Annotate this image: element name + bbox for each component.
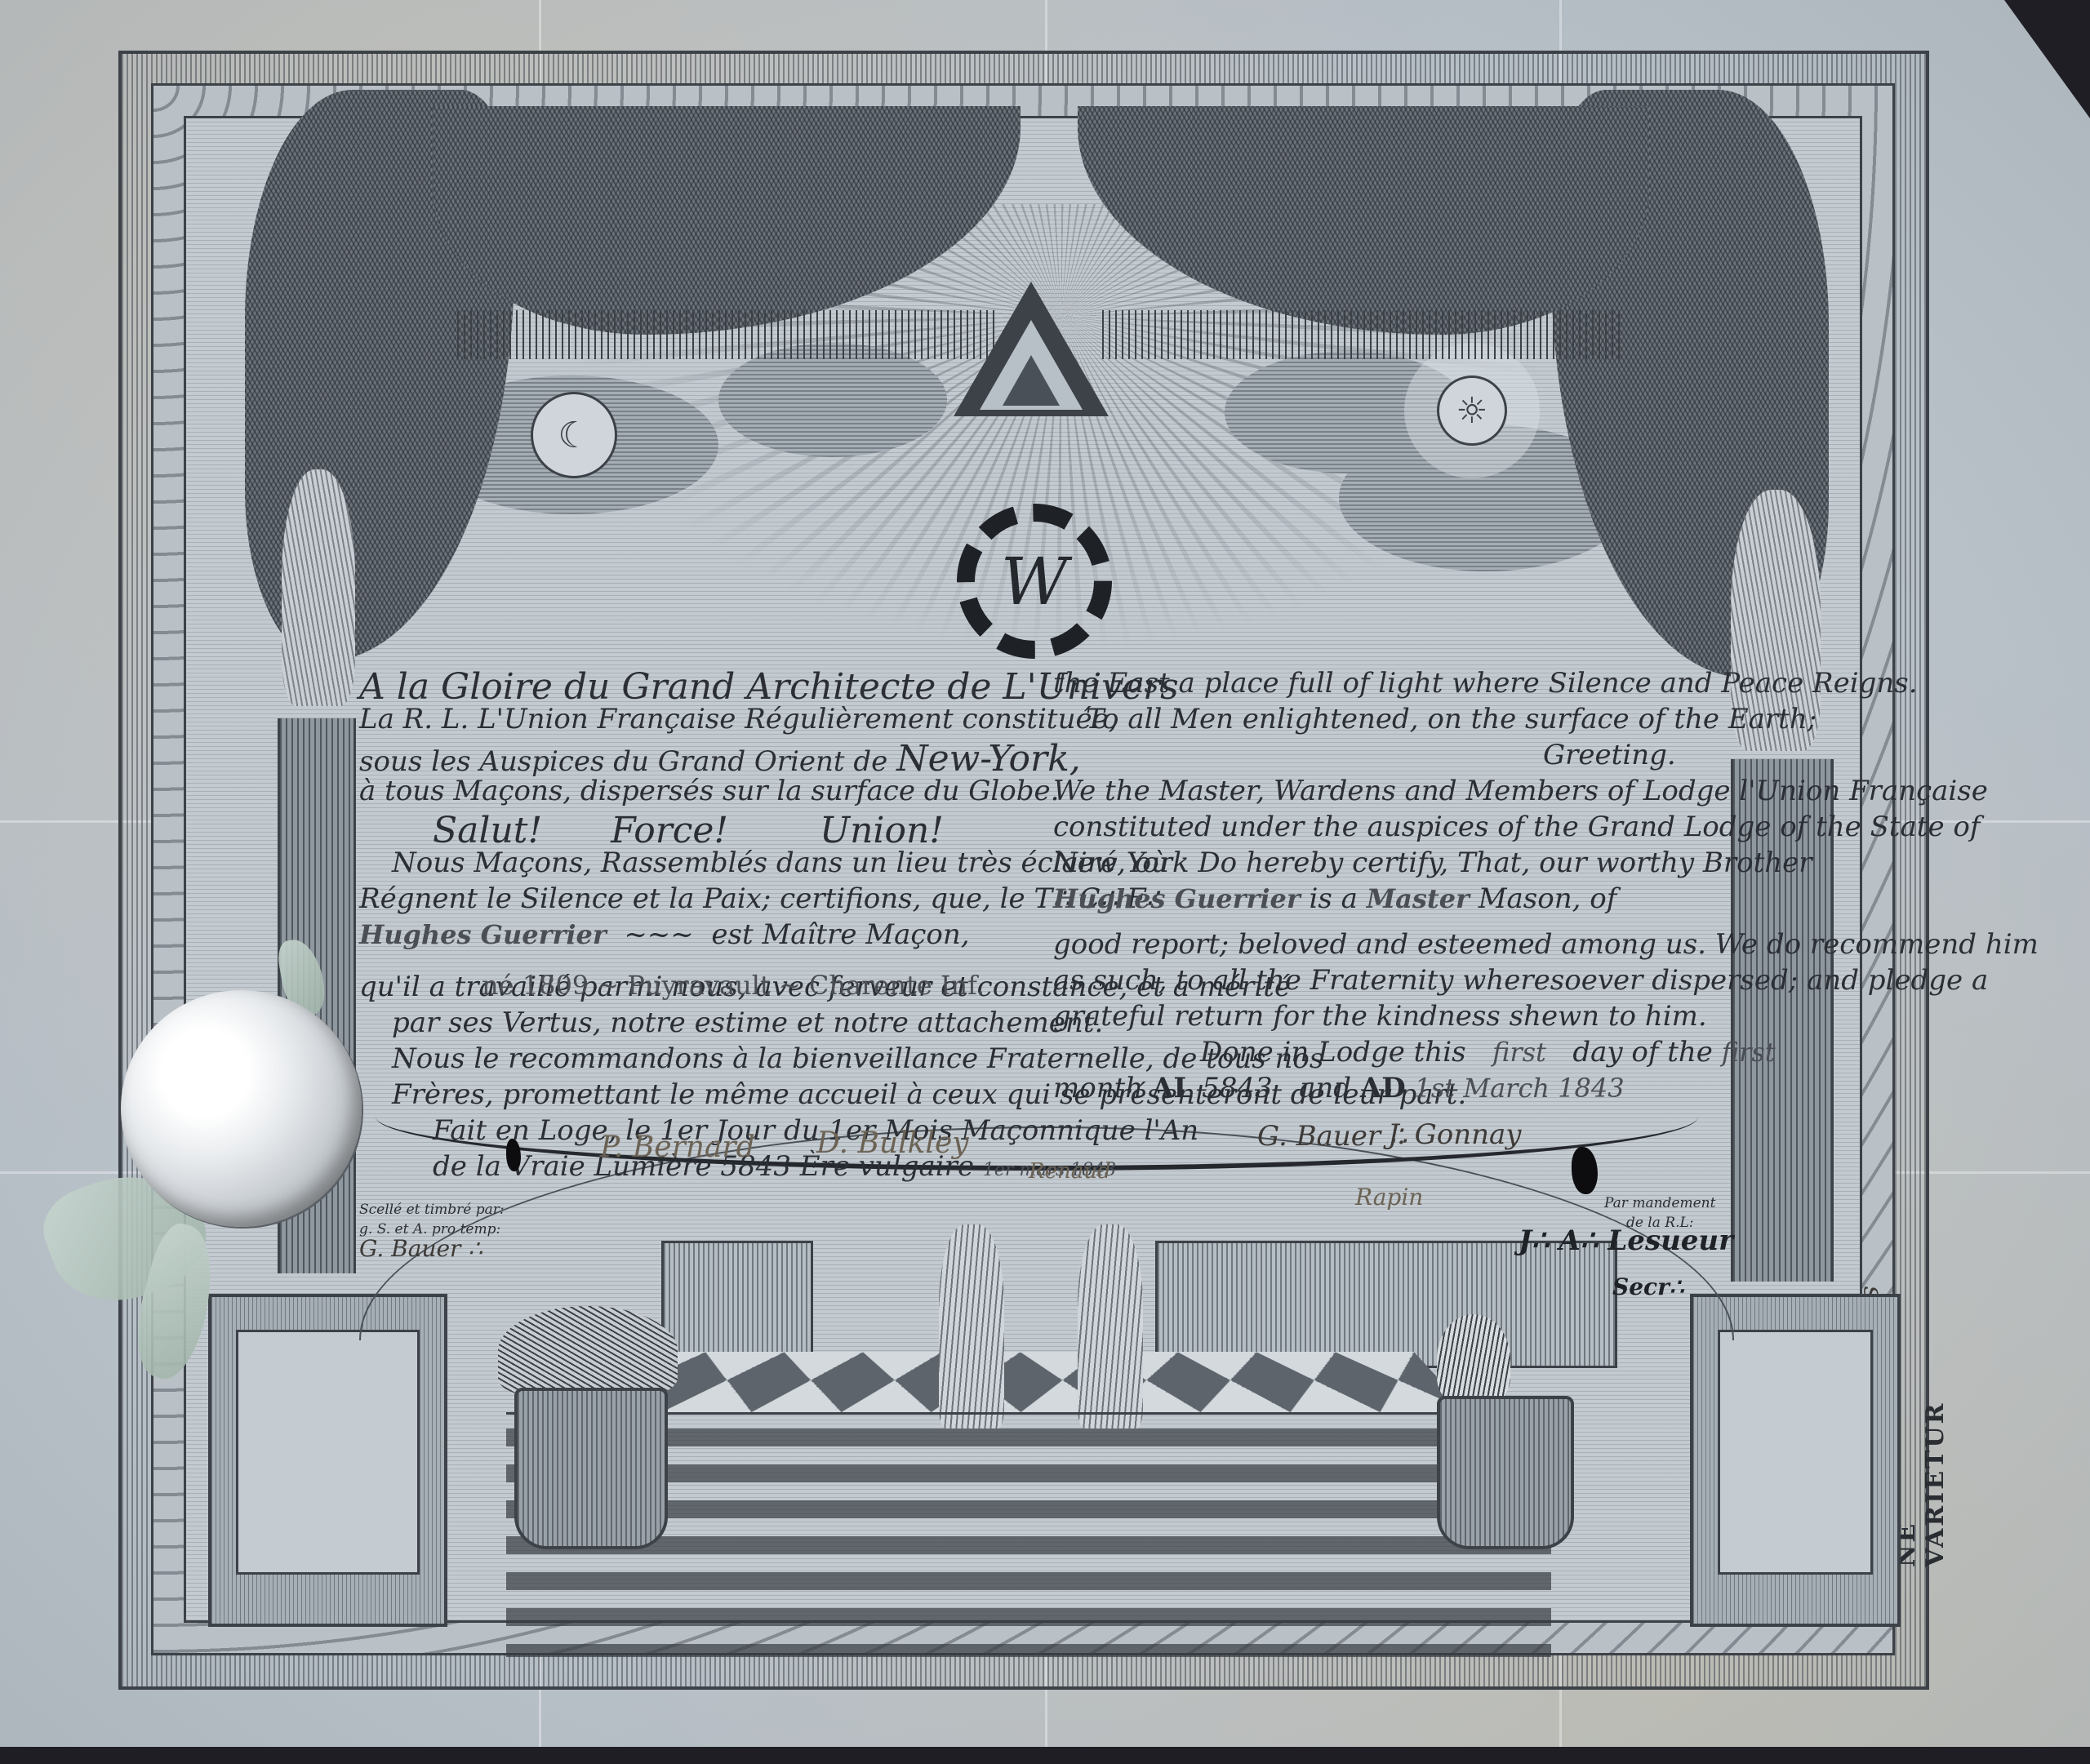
ink-stamp-monogram: W: [975, 522, 1094, 641]
pedestal-left-panel: [236, 1330, 420, 1575]
en-brother-name: Hughes Guerrier: [1053, 883, 1301, 914]
en-line-greeting: Greeting.: [1053, 741, 1755, 777]
french-certificate-text: A la Gloire du Grand Architecte de L'Uni…: [359, 669, 1037, 1189]
fr-line-9: par ses Vertus, notre estime et notre at…: [359, 1009, 1037, 1045]
en-line-7: good report; beloved and esteemed among …: [1053, 931, 1755, 966]
certificate-paper: NE VARIETUR Hugues ☾ ☼ W A la: [0, 0, 2090, 1764]
by-order-label: Par mandement de la R.L:: [1604, 1193, 1715, 1233]
pedestal-left: [208, 1294, 447, 1627]
checkered-floor: [571, 1352, 1470, 1412]
fr-line-2: La R. L. L'Union Française Régulièrement…: [359, 705, 1037, 741]
signature-renaud: Renaud: [1029, 1159, 1111, 1184]
statue-hercules: [282, 469, 355, 706]
en-line-10: Done in Lodge this first day of the firs…: [1053, 1038, 1755, 1074]
signature-gonnay: J. Gonnay: [1388, 1118, 1522, 1151]
en-line-5: New York Do hereby certify, That, our wo…: [1053, 849, 1755, 885]
signature-bulkley: D. Bulkley: [816, 1126, 969, 1160]
metal-wax-seal: [121, 990, 362, 1227]
pedestal-right: [1690, 1294, 1901, 1627]
english-certificate-text: the East a place full of light where Sil…: [1053, 669, 1755, 1110]
en-line-8: as such, to all the Fraternity wheresoev…: [1053, 966, 1755, 1002]
en-line-1: the East a place full of light where Sil…: [1053, 669, 1755, 705]
secretary-title: Secr∴: [1612, 1273, 1684, 1300]
pedestal-right-panel: [1718, 1330, 1873, 1575]
fr-line-10: Nous le recommandons à la bienveillance …: [359, 1045, 1037, 1081]
fr-line-1: A la Gloire du Grand Architecte de L'Uni…: [359, 669, 1037, 705]
en-line-6: Hughes Guerrier is a Master Mason, of: [1053, 885, 1755, 931]
sun-face-icon: ☼: [1437, 375, 1507, 446]
fringe-left: [457, 310, 996, 359]
cloud-left-center: [718, 343, 947, 457]
fr-line-4: à tous Maçons, dispersés sur la surface …: [359, 777, 1037, 813]
en-line-3: We the Master, Wardens and Members of Lo…: [1053, 777, 1755, 813]
en-line-11: month AL 5843 and AD 1st March 1843: [1053, 1074, 1755, 1110]
en-line-2: To all Men enlightened, on the surface o…: [1053, 705, 1755, 741]
ne-varietur-label: NE VARIETUR: [1892, 1370, 1950, 1567]
en-line-4: constituted under the auspices of the Gr…: [1053, 813, 1755, 849]
fr-line-3: sous les Auspices du Grand Orient de New…: [359, 741, 1037, 777]
signature-bauer: G. Bauer ∴: [1257, 1120, 1407, 1153]
ink-stamp-seal: W: [957, 504, 1112, 659]
fr-line-11: Frères, promettant le même accueil à ceu…: [359, 1081, 1037, 1117]
fr-handwritten-note: né 1809 ~ Puyravault ~ Charente Inf.: [359, 957, 1037, 973]
fr-line-5: Nous Maçons, Rassemblés dans un lieu trè…: [359, 849, 1037, 885]
signature-bernard: P. Bernard: [600, 1131, 755, 1164]
altar-left: [514, 1388, 668, 1549]
seal-signer-signature: G. Bauer ∴: [359, 1239, 505, 1259]
signature-rapin: Rapin: [1355, 1184, 1423, 1211]
fr-line-6: Régnent le Silence et la Paix; certifion…: [359, 885, 1037, 921]
sealed-by-label: Scellé et timbré par: g. S. et A. pro te…: [359, 1200, 505, 1259]
moon-face-icon: ☾: [531, 392, 617, 478]
fr-line-7: Hughes Guerrier ~~~ est Maître Maçon,: [359, 921, 1037, 957]
fr-brother-name: Hughes Guerrier: [359, 919, 607, 950]
delta-triangle-core: [1003, 355, 1060, 406]
fr-salutation: Salut! Force! Union!: [359, 813, 1037, 849]
altar-right: [1437, 1396, 1574, 1549]
fringe-right: [1102, 310, 1625, 359]
en-line-9: grateful return for the kindness shewn t…: [1053, 1002, 1755, 1038]
